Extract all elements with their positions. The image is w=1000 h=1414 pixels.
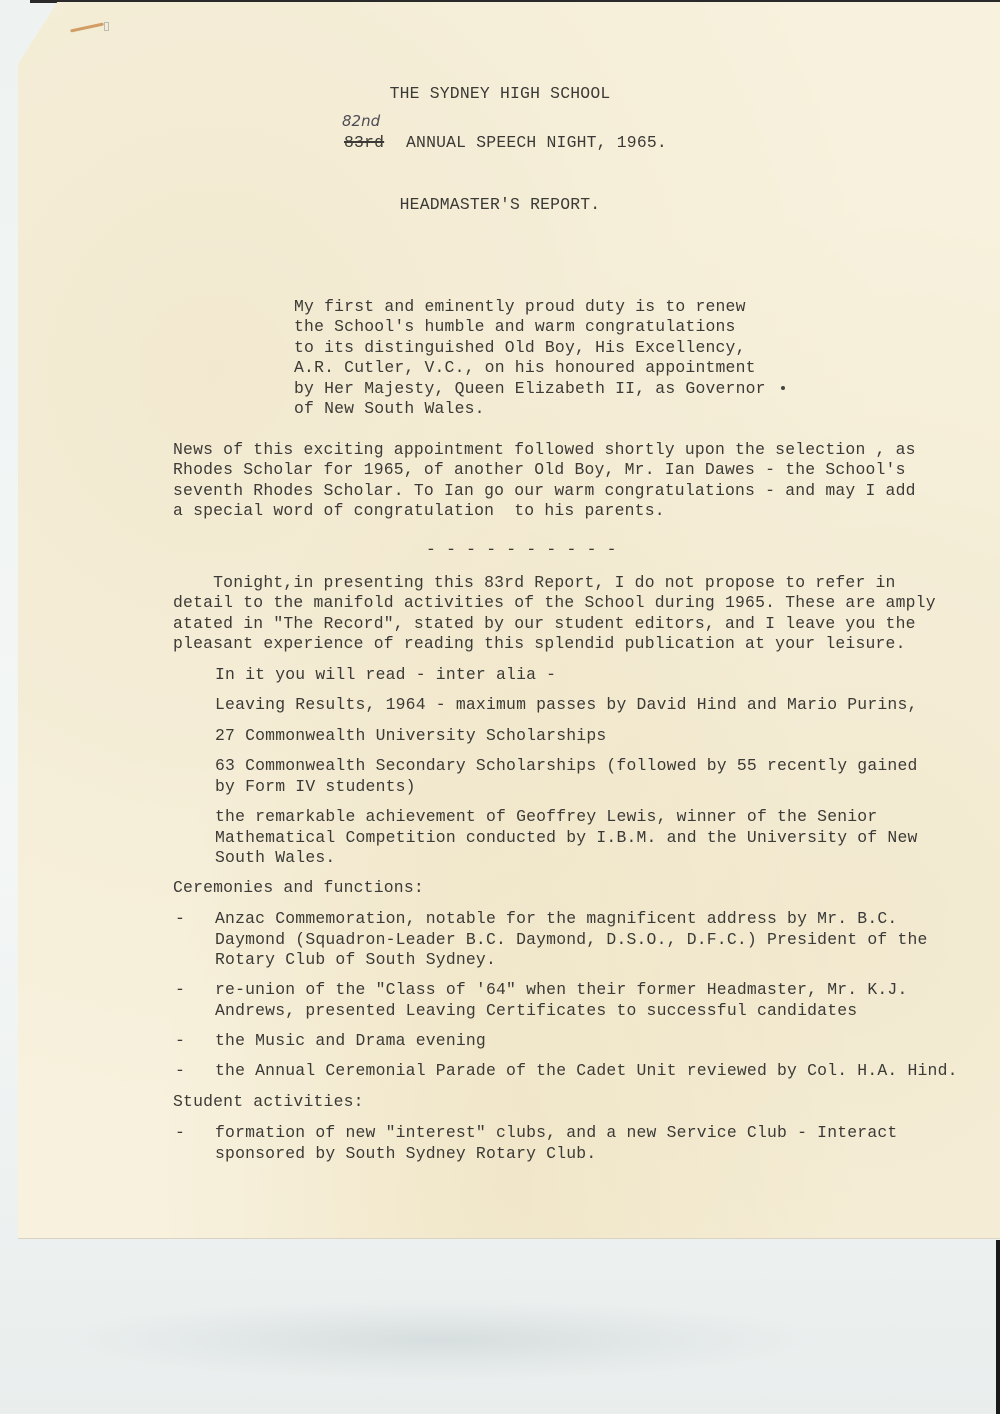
bullet-dash: - bbox=[175, 1031, 185, 1052]
text-line: Tonight,in presenting this 83rd Report, … bbox=[173, 573, 896, 594]
text-line: the School's humble and warm congratulat… bbox=[294, 317, 736, 338]
report-title: HEADMASTER'S REPORT. bbox=[0, 195, 1000, 216]
inter-alia-intro: In it you will read - inter alia - bbox=[215, 665, 556, 686]
ceremonies-heading: Ceremonies and functions: bbox=[173, 878, 424, 899]
bullet-dash: - bbox=[175, 1061, 185, 1082]
student-activities-heading: Student activities: bbox=[173, 1092, 364, 1113]
text-line: detail to the manifold activities of the… bbox=[173, 593, 936, 614]
text-line: to its distinguished Old Boy, His Excell… bbox=[294, 338, 746, 359]
text-line: a special word of congratulation to his … bbox=[173, 501, 665, 522]
list-item-text: formation of new "interest" clubs, and a… bbox=[215, 1123, 897, 1164]
text-line: My first and eminently proud duty is to … bbox=[294, 297, 746, 318]
list-item-text: the Annual Ceremonial Parade of the Cade… bbox=[215, 1061, 958, 1082]
struck-ordinal: 83rd bbox=[344, 133, 384, 154]
ink-speck bbox=[781, 386, 785, 390]
bullet-dash: - bbox=[175, 980, 185, 1001]
text-line: by Her Majesty, Queen Elizabeth II, as G… bbox=[294, 379, 766, 400]
list-item-text: Anzac Commemoration, notable for the mag… bbox=[215, 909, 928, 971]
list-item: 63 Commonwealth Secondary Scholarships (… bbox=[215, 756, 918, 797]
text-line: A.R. Cutler, V.C., on his honoured appoi… bbox=[294, 358, 756, 379]
text-line: seventh Rhodes Scholar. To Ian go our wa… bbox=[173, 481, 916, 502]
section-separator: - - - - - - - - - - bbox=[426, 540, 617, 561]
list-item: 27 Commonwealth University Scholarships bbox=[215, 726, 606, 747]
list-item: the remarkable achievement of Geoffrey L… bbox=[215, 807, 918, 869]
bullet-dash: - bbox=[175, 909, 185, 930]
staple-mark bbox=[104, 22, 109, 31]
text-line: Rhodes Scholar for 1965, of another Old … bbox=[173, 460, 906, 481]
text-line: News of this exciting appointment follow… bbox=[173, 440, 916, 461]
text-line: atated in "The Record", stated by our st… bbox=[173, 614, 916, 635]
scan-right-edge bbox=[996, 1240, 1000, 1414]
school-title: THE SYDNEY HIGH SCHOOL bbox=[0, 84, 1000, 105]
text-line: pleasant experience of reading this sple… bbox=[173, 634, 906, 655]
list-item: Leaving Results, 1964 - maximum passes b… bbox=[215, 695, 918, 716]
text-line: of New South Wales. bbox=[294, 399, 485, 420]
scanner-shadow bbox=[60, 1300, 820, 1380]
event-title: ANNUAL SPEECH NIGHT, 1965. bbox=[406, 133, 667, 154]
bullet-dash: - bbox=[175, 1123, 185, 1144]
handwritten-ordinal-correction: 82nd bbox=[342, 112, 380, 130]
list-item-text: re-union of the "Class of '64" when thei… bbox=[215, 980, 907, 1021]
list-item-text: the Music and Drama evening bbox=[215, 1031, 486, 1052]
